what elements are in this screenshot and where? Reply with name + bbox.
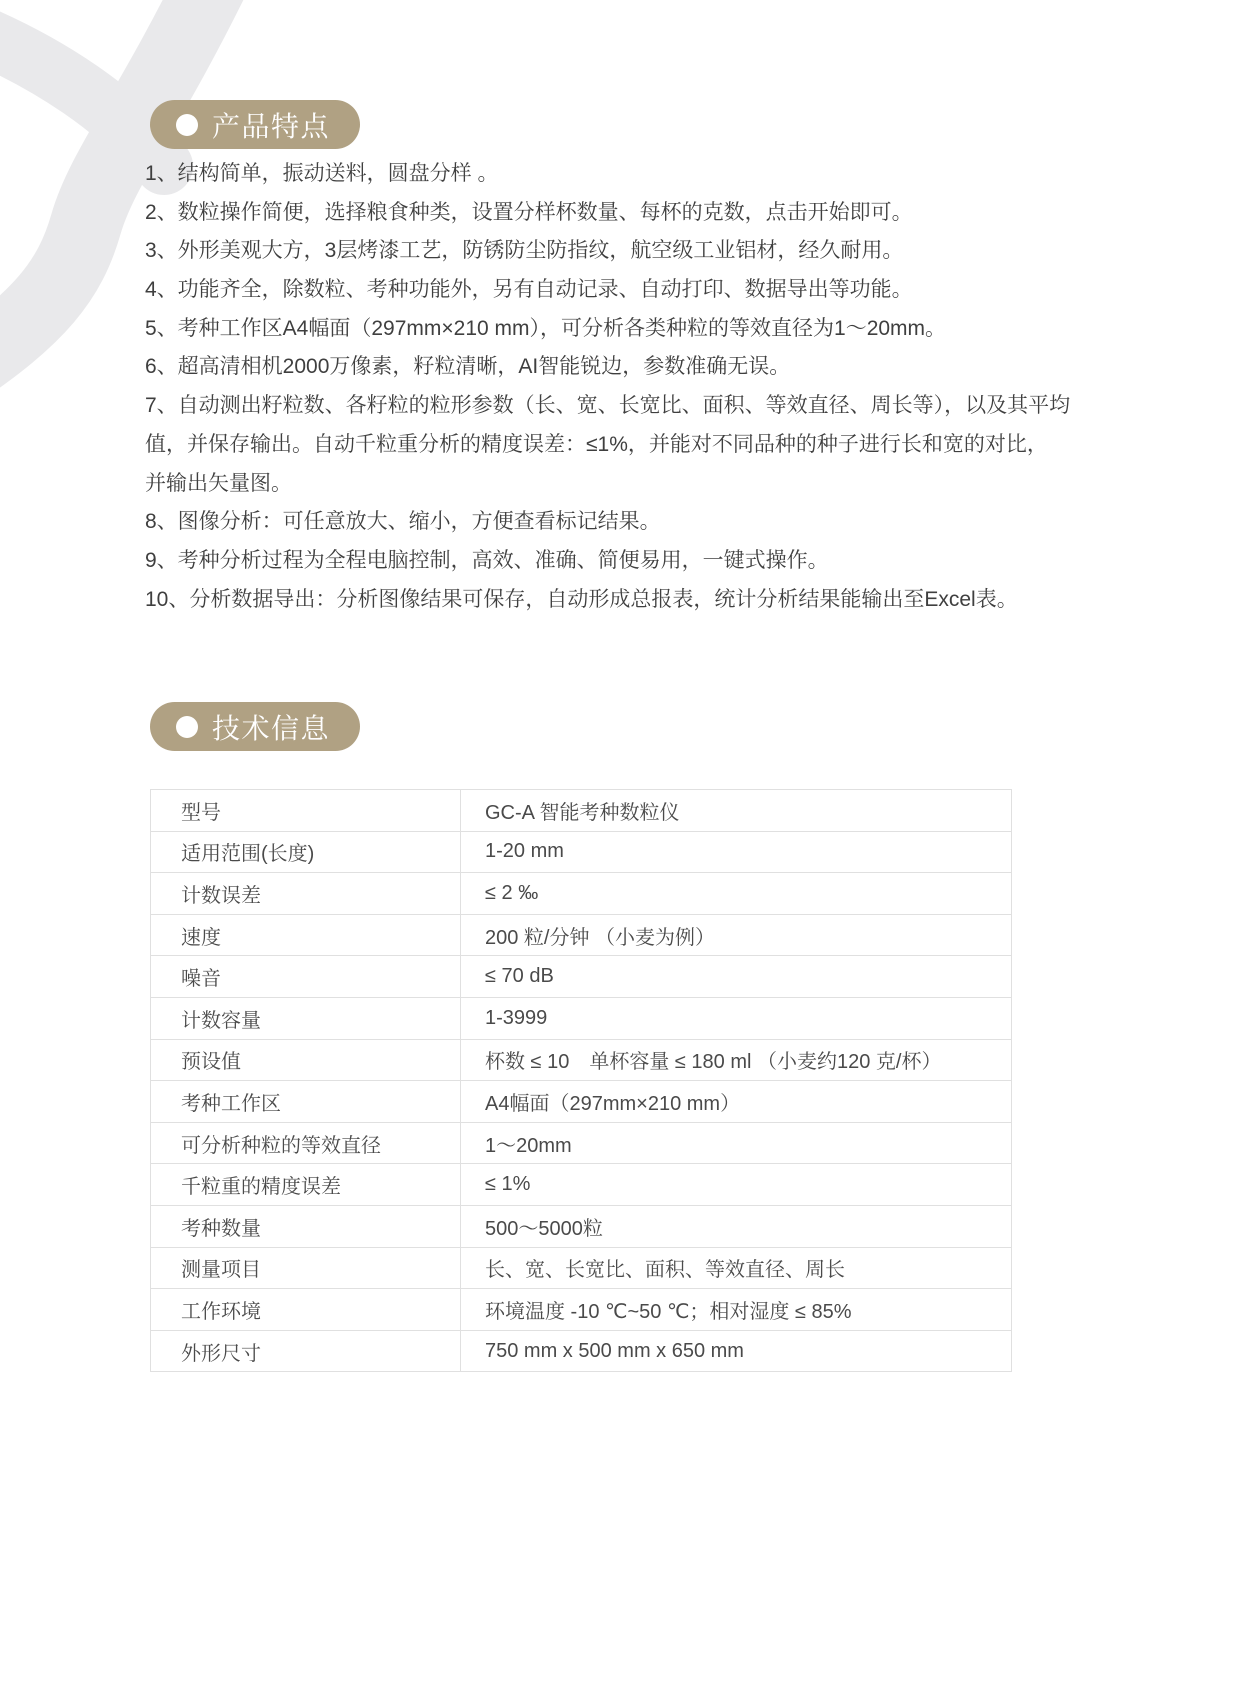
spec-row: 噪音 ≤ 70 dB bbox=[151, 956, 1012, 998]
spec-row: 计数误差 ≤ 2 ‰ bbox=[151, 873, 1012, 915]
spec-label-cell: 考种数量 bbox=[151, 1205, 461, 1247]
spec-value-cell: 杯数 ≤ 10 单杯容量 ≤ 180 ml （小麦约120 克/杯） bbox=[461, 1039, 1012, 1081]
feature-line: 2、数粒操作简便，选择粮食种类，设置分样杯数量、每杯的克数，点击开始即可。 bbox=[145, 194, 1105, 233]
spec-row: 适用范围(长度) 1-20 mm bbox=[151, 831, 1012, 873]
spec-label-cell: 可分析种粒的等效直径 bbox=[151, 1122, 461, 1164]
feature-line: 并输出矢量图。 bbox=[145, 465, 1105, 504]
spec-value-cell: 750 mm x 500 mm x 650 mm bbox=[461, 1330, 1012, 1372]
bullet-dot-icon bbox=[176, 114, 198, 136]
spec-value-cell: GC-A 智能考种数粒仪 bbox=[461, 790, 1012, 832]
feature-line: 3、外形美观大方，3层烤漆工艺，防锈防尘防指纹，航空级工业铝材，经久耐用。 bbox=[145, 232, 1105, 271]
spec-label-cell: 速度 bbox=[151, 914, 461, 956]
spec-value-cell: ≤ 1% bbox=[461, 1164, 1012, 1206]
spec-value-cell: 200 粒/分钟 （小麦为例） bbox=[461, 914, 1012, 956]
features-section-badge: 产品特点 bbox=[150, 100, 360, 149]
tech-section-badge: 技术信息 bbox=[150, 702, 360, 751]
spec-value-cell: 长、宽、长宽比、面积、等效直径、周长 bbox=[461, 1247, 1012, 1289]
spec-label-cell: 型号 bbox=[151, 790, 461, 832]
spec-label-cell: 噪音 bbox=[151, 956, 461, 998]
feature-line: 值，并保存输出。自动千粒重分析的精度误差：≤1%，并能对不同品种的种子进行长和宽… bbox=[145, 426, 1105, 465]
spec-label-cell: 适用范围(长度) bbox=[151, 831, 461, 873]
spec-row: 外形尺寸 750 mm x 500 mm x 650 mm bbox=[151, 1330, 1012, 1372]
spec-table: 型号 GC-A 智能考种数粒仪 适用范围(长度) 1-20 mm 计数误差 ≤ … bbox=[150, 789, 1012, 1372]
spec-label-cell: 外形尺寸 bbox=[151, 1330, 461, 1372]
spec-value-cell: 环境温度 -10 ℃~50 ℃；相对湿度 ≤ 85% bbox=[461, 1289, 1012, 1331]
feature-line: 9、考种分析过程为全程电脑控制，高效、准确、简便易用，一键式操作。 bbox=[145, 542, 1105, 581]
spec-label-cell: 计数容量 bbox=[151, 997, 461, 1039]
spec-value-cell: ≤ 2 ‰ bbox=[461, 873, 1012, 915]
spec-row: 工作环境 环境温度 -10 ℃~50 ℃；相对湿度 ≤ 85% bbox=[151, 1289, 1012, 1331]
spec-row: 型号 GC-A 智能考种数粒仪 bbox=[151, 790, 1012, 832]
bullet-dot-icon bbox=[176, 716, 198, 738]
product-spec-page: 产品特点 1、结构简单，振动送料，圆盘分样 。 2、数粒操作简便，选择粮食种类，… bbox=[0, 0, 1241, 1684]
spec-value-cell: 1-3999 bbox=[461, 997, 1012, 1039]
tech-badge-label: 技术信息 bbox=[212, 707, 330, 747]
spec-row: 测量项目 长、宽、长宽比、面积、等效直径、周长 bbox=[151, 1247, 1012, 1289]
spec-value-cell: 1-20 mm bbox=[461, 831, 1012, 873]
spec-value-cell: ≤ 70 dB bbox=[461, 956, 1012, 998]
spec-value-cell: 1～20mm bbox=[461, 1122, 1012, 1164]
spec-value-cell: A4幅面（297mm×210 mm） bbox=[461, 1081, 1012, 1123]
spec-row: 计数容量 1-3999 bbox=[151, 997, 1012, 1039]
spec-row: 速度 200 粒/分钟 （小麦为例） bbox=[151, 914, 1012, 956]
spec-label-cell: 测量项目 bbox=[151, 1247, 461, 1289]
spec-row: 千粒重的精度误差 ≤ 1% bbox=[151, 1164, 1012, 1206]
spec-label-cell: 千粒重的精度误差 bbox=[151, 1164, 461, 1206]
spec-label-cell: 计数误差 bbox=[151, 873, 461, 915]
feature-list: 1、结构简单，振动送料，圆盘分样 。 2、数粒操作简便，选择粮食种类，设置分样杯… bbox=[145, 155, 1105, 619]
spec-label-cell: 考种工作区 bbox=[151, 1081, 461, 1123]
spec-value-cell: 500～5000粒 bbox=[461, 1205, 1012, 1247]
feature-line: 10、分析数据导出：分析图像结果可保存，自动形成总报表，统计分析结果能输出至Ex… bbox=[145, 581, 1105, 620]
spec-row: 可分析种粒的等效直径 1～20mm bbox=[151, 1122, 1012, 1164]
spec-label-cell: 预设值 bbox=[151, 1039, 461, 1081]
feature-line: 7、自动测出籽粒数、各籽粒的粒形参数（长、宽、长宽比、面积、等效直径、周长等），… bbox=[145, 387, 1105, 426]
spec-row: 考种工作区 A4幅面（297mm×210 mm） bbox=[151, 1081, 1012, 1123]
feature-line: 6、超高清相机2000万像素，籽粒清晰，AI智能锐边，参数准确无误。 bbox=[145, 348, 1105, 387]
spec-label-cell: 工作环境 bbox=[151, 1289, 461, 1331]
feature-line: 8、图像分析：可任意放大、缩小，方便查看标记结果。 bbox=[145, 503, 1105, 542]
feature-line: 4、功能齐全，除数粒、考种功能外，另有自动记录、自动打印、数据导出等功能。 bbox=[145, 271, 1105, 310]
spec-row: 预设值 杯数 ≤ 10 单杯容量 ≤ 180 ml （小麦约120 克/杯） bbox=[151, 1039, 1012, 1081]
features-badge-label: 产品特点 bbox=[212, 105, 330, 145]
feature-line: 5、考种工作区A4幅面（297mm×210 mm），可分析各类种粒的等效直径为1… bbox=[145, 310, 1105, 349]
feature-line: 1、结构简单，振动送料，圆盘分样 。 bbox=[145, 155, 1105, 194]
spec-row: 考种数量 500～5000粒 bbox=[151, 1205, 1012, 1247]
